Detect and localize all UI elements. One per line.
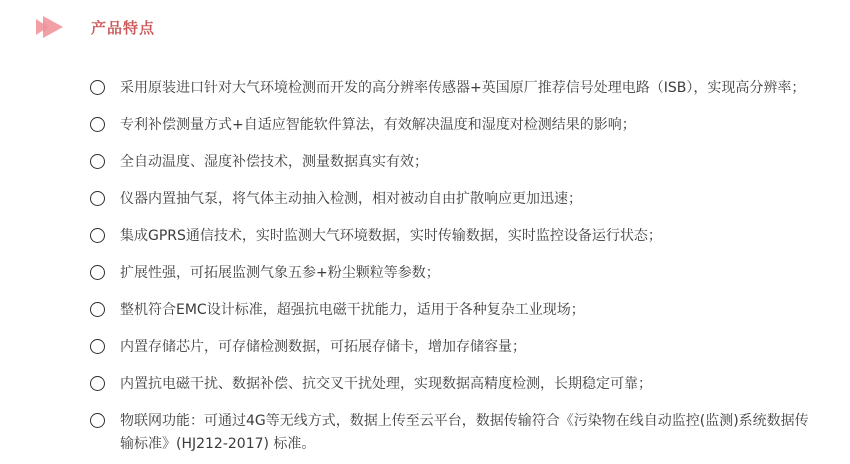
- circle-bullet-icon: [90, 228, 105, 243]
- feature-text: 扩展性强，可拓展监测气象五参+粉尘颗粒等参数；: [120, 262, 440, 285]
- list-item: 扩展性强，可拓展监测气象五参+粉尘颗粒等参数；: [90, 262, 822, 285]
- section-header: 产品特点: [0, 0, 850, 38]
- feature-text: 全自动温度、湿度补偿技术，测量数据真实有效；: [120, 151, 428, 174]
- feature-text: 物联网功能：可通过4G等无线方式，数据上传至云平台，数据传输符合《污染物在线自动…: [120, 410, 822, 456]
- circle-bullet-icon: [90, 80, 105, 95]
- list-item: 采用原装进口针对大气环境检测而开发的高分辨率传感器+英国原厂推荐信号处理电路（I…: [90, 77, 822, 100]
- product-features-page: 产品特点 采用原装进口针对大气环境检测而开发的高分辨率传感器+英国原厂推荐信号处…: [0, 0, 850, 464]
- fast-forward-icon: [36, 16, 65, 38]
- list-item: 整机符合EMC设计标准，超强抗电磁干扰能力，适用于各种复杂工业现场；: [90, 299, 822, 322]
- circle-bullet-icon: [90, 117, 105, 132]
- page-title: 产品特点: [91, 17, 155, 38]
- list-item: 专利补偿测量方式+自适应智能软件算法，有效解决温度和湿度对检测结果的影响；: [90, 114, 822, 137]
- list-item: 全自动温度、湿度补偿技术，测量数据真实有效；: [90, 151, 822, 174]
- list-item: 仪器内置抽气泵，将气体主动抽入检测，相对被动自由扩散响应更加迅速；: [90, 188, 822, 211]
- circle-bullet-icon: [90, 154, 105, 169]
- list-item: 集成GPRS通信技术，实时监测大气环境数据，实时传输数据，实时监控设备运行状态；: [90, 225, 822, 248]
- circle-bullet-icon: [90, 302, 105, 317]
- feature-text: 采用原装进口针对大气环境检测而开发的高分辨率传感器+英国原厂推荐信号处理电路（I…: [120, 77, 805, 100]
- feature-text: 内置存储芯片，可存储检测数据，可拓展存储卡，增加存储容量；: [120, 336, 526, 359]
- feature-text: 专利补偿测量方式+自适应智能软件算法，有效解决温度和湿度对检测结果的影响；: [120, 114, 636, 137]
- circle-bullet-icon: [90, 339, 105, 354]
- circle-bullet-icon: [90, 376, 105, 391]
- circle-bullet-icon: [90, 413, 105, 428]
- feature-text: 集成GPRS通信技术，实时监测大气环境数据，实时传输数据，实时监控设备运行状态；: [120, 225, 662, 248]
- circle-bullet-icon: [90, 191, 105, 206]
- list-item: 内置抗电磁干扰、数据补偿、抗交叉干扰处理，实现数据高精度检测，长期稳定可靠；: [90, 373, 822, 396]
- list-item: 内置存储芯片，可存储检测数据，可拓展存储卡，增加存储容量；: [90, 336, 822, 359]
- feature-text: 内置抗电磁干扰、数据补偿、抗交叉干扰处理，实现数据高精度检测，长期稳定可靠；: [120, 373, 652, 396]
- list-item: 物联网功能：可通过4G等无线方式，数据上传至云平台，数据传输符合《污染物在线自动…: [90, 410, 822, 456]
- circle-bullet-icon: [90, 265, 105, 280]
- feature-list: 采用原装进口针对大气环境检测而开发的高分辨率传感器+英国原厂推荐信号处理电路（I…: [0, 38, 850, 456]
- feature-text: 整机符合EMC设计标准，超强抗电磁干扰能力，适用于各种复杂工业现场；: [120, 299, 585, 322]
- feature-text: 仪器内置抽气泵，将气体主动抽入检测，相对被动自由扩散响应更加迅速；: [120, 188, 582, 211]
